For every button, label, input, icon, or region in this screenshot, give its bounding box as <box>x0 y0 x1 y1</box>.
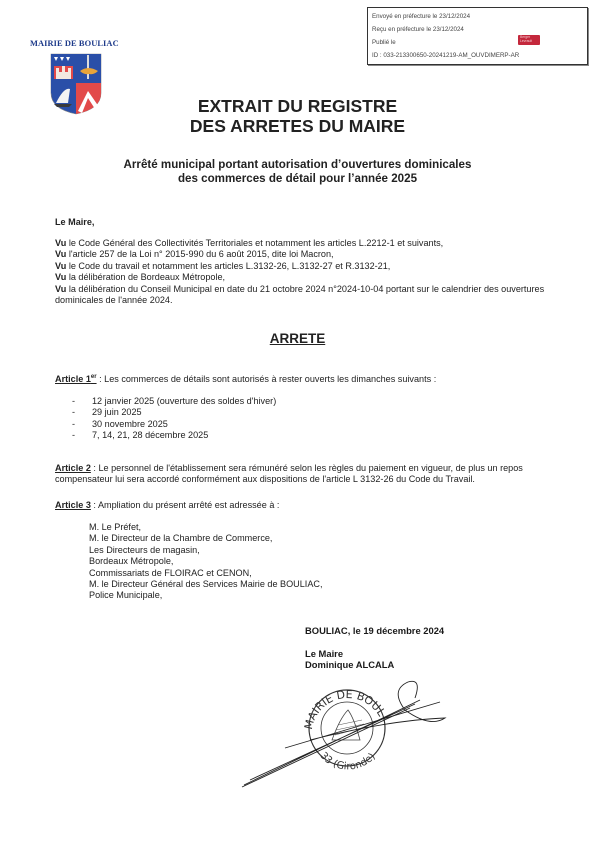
vu-keyword: Vu <box>55 284 66 294</box>
article-3: Article 3 : Ampliation du présent arrêté… <box>55 500 279 511</box>
consideration-text: la délibération de Bordeaux Métropole, <box>66 272 225 282</box>
article-1: Article 1er : Les commerces de détails s… <box>55 372 436 385</box>
consideration-item: Vu le Code Général des Collectivités Ter… <box>55 238 555 249</box>
document-subtitle-line1: Arrêté municipal portant autorisation d’… <box>0 158 595 172</box>
article-2-label: Article 2 <box>55 463 91 473</box>
signature-place-date: BOULIAC, le 19 décembre 2024 <box>305 625 444 636</box>
vu-keyword: Vu <box>55 261 66 271</box>
document-title-line2: DES ARRETES DU MAIRE <box>0 116 595 136</box>
signatory-role: Le Maire <box>305 648 394 659</box>
article-2-text: : Le personnel de l'établissement sera r… <box>55 463 523 484</box>
consideration-item: Vu l'article 257 de la Loi n° 2015-990 d… <box>55 249 555 260</box>
consideration-item: Vu la délibération de Bordeaux Métropole… <box>55 272 555 283</box>
article-1-text: : Les commerces de détails sont autorisé… <box>97 374 437 384</box>
act-id: ID : 033-213300650-20241219-AM_OUVDIMERP… <box>372 52 519 59</box>
date-item: -7, 14, 21, 28 décembre 2025 <box>72 430 276 441</box>
bullet-dash: - <box>72 407 92 418</box>
article-3-text: : Ampliation du présent arrêté est adres… <box>91 500 280 510</box>
decision-title: ARRETE <box>0 331 595 346</box>
article-1-label: Article 1er <box>55 374 97 384</box>
date-text: 30 novembre 2025 <box>92 419 168 430</box>
article-1-label-text: Article 1 <box>55 374 91 384</box>
bullet-dash: - <box>72 430 92 441</box>
date-text: 12 janvier 2025 (ouverture des soldes d'… <box>92 396 276 407</box>
bullet-dash: - <box>72 396 92 407</box>
consideration-item: Vu la délibération du Conseil Municipal … <box>55 284 555 307</box>
recipient-item: M. le Directeur de la Chambre de Commerc… <box>89 533 323 544</box>
svg-text:MAIRIE DE BOULIAC: MAIRIE DE BOULIAC <box>240 670 388 731</box>
article-3-label: Article 3 <box>55 500 91 510</box>
vu-keyword: Vu <box>55 249 66 259</box>
sunday-dates-list: -12 janvier 2025 (ouverture des soldes d… <box>72 396 276 442</box>
document-title-line1: EXTRAIT DU REGISTRE <box>0 96 595 116</box>
document-subtitle-line2: des commerces de détail pour l’année 202… <box>0 172 595 186</box>
consideration-text: la délibération du Conseil Municipal en … <box>55 284 544 305</box>
prefecture-stamp: Envoyé en préfecture le 23/12/2024 Reçu … <box>367 7 588 65</box>
date-text: 7, 14, 21, 28 décembre 2025 <box>92 430 208 441</box>
seal-top-text: MAIRIE DE BOULIAC <box>240 670 388 731</box>
signatory: Le Maire Dominique ALCALA <box>305 648 394 671</box>
document-title: EXTRAIT DU REGISTRE DES ARRETES DU MAIRE <box>0 96 595 136</box>
consideration-text: le Code Général des Collectivités Territ… <box>66 238 443 248</box>
recipient-item: M. Le Préfet, <box>89 522 323 533</box>
received-date: Reçu en préfecture le 23/12/2024 <box>372 26 464 33</box>
date-item: -30 novembre 2025 <box>72 419 276 430</box>
berger-levrault-badge: Berger Levrault <box>518 35 540 45</box>
recipient-item: Les Directeurs de magasin, <box>89 545 323 556</box>
town-hall-name: MAIRIE DE BOULIAC <box>30 39 119 48</box>
published-date: Publié le <box>372 39 396 46</box>
date-text: 29 juin 2025 <box>92 407 142 418</box>
vu-keyword: Vu <box>55 272 66 282</box>
vu-keyword: Vu <box>55 238 66 248</box>
date-item: -12 janvier 2025 (ouverture des soldes d… <box>72 396 276 407</box>
recipient-item: Bordeaux Métropole, <box>89 556 323 567</box>
recipient-item: Police Municipale, <box>89 590 323 601</box>
consideration-text: l'article 257 de la Loi n° 2015-990 du 6… <box>66 249 333 259</box>
recipient-item: Commissariats de FLOIRAC et CENON, <box>89 568 323 579</box>
sent-date: Envoyé en préfecture le 23/12/2024 <box>372 13 470 20</box>
preamble-opening: Le Maire, <box>55 217 94 228</box>
date-item: -29 juin 2025 <box>72 407 276 418</box>
considerations-list: Vu le Code Général des Collectivités Ter… <box>55 238 555 306</box>
consideration-text: le Code du travail et notamment les arti… <box>66 261 390 271</box>
article-2: Article 2 : Le personnel de l'établissem… <box>55 463 555 486</box>
recipient-item: M. le Directeur Général des Services Mai… <box>89 579 323 590</box>
consideration-item: Vu le Code du travail et notamment les a… <box>55 261 555 272</box>
bullet-dash: - <box>72 419 92 430</box>
document-subtitle: Arrêté municipal portant autorisation d’… <box>0 158 595 186</box>
official-seal-and-signature-icon: MAIRIE DE BOULIAC 33 (Gironde) <box>240 670 470 790</box>
recipients-list: M. Le Préfet, M. le Directeur de la Cham… <box>89 522 323 602</box>
